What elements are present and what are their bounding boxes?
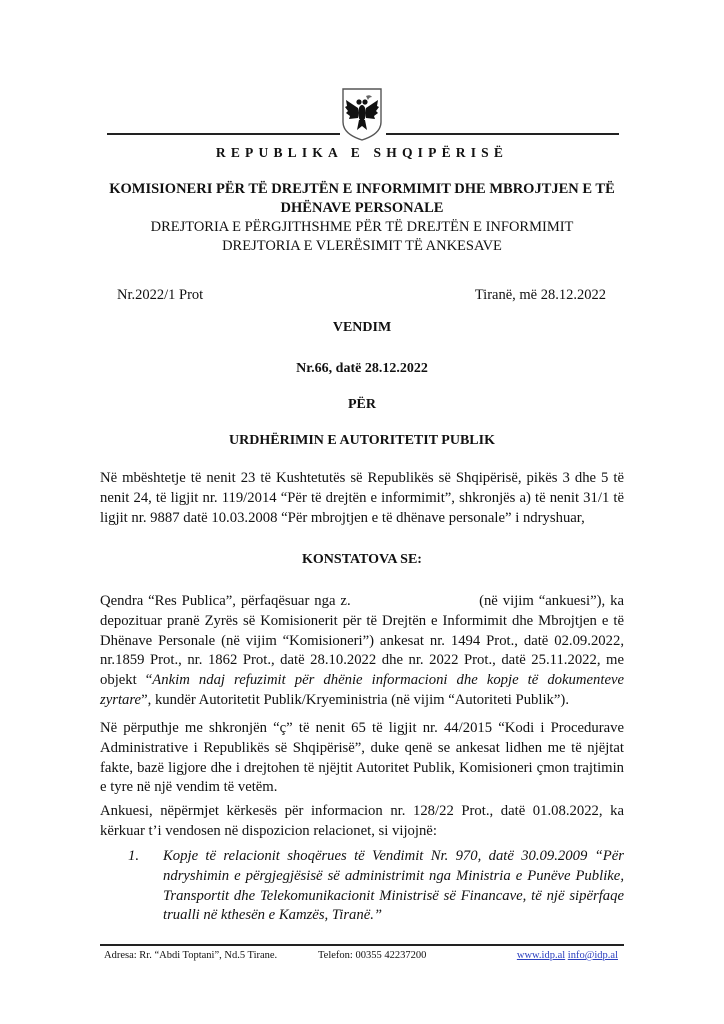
footer-rule (100, 944, 624, 946)
header-rule-right (386, 133, 619, 135)
decision-subject: URDHËRIMIN E AUTORITETIT PUBLIK (0, 433, 724, 449)
footer-address: Adresa: Rr. “Abdi Toptani”, Nd.5 Tirane. (104, 950, 277, 961)
legal-basis-paragraph: Në mbështetje të nenit 23 të Kushtetutës… (100, 469, 624, 528)
list-item: Kopje të relacionit shoqërues të Vendimi… (163, 847, 624, 926)
email-link[interactable]: info@idp.al (568, 950, 618, 961)
section-heading: KONSTATOVA SE: (0, 552, 724, 568)
directorate: DREJTORIA E VLERËSIMIT TË ANKESAVE (0, 237, 724, 256)
header-rule-left (107, 133, 340, 135)
protocol-number: Nr.2022/1 Prot (117, 287, 203, 304)
footer-links: www.idp.al info@idp.al (517, 950, 618, 961)
complaint-paragraph: Qendra “Res Publica”, përfaqësuar nga z.… (100, 592, 624, 711)
albanian-coat-of-arms-icon (340, 86, 384, 142)
request-paragraph: Ankuesi, nëpërmjet kërkesës për informac… (100, 802, 624, 842)
list-item-number: 1. (128, 847, 139, 867)
directorate-general: DREJTORIA E PËRGJITHSHME PËR TË DREJTËN … (0, 218, 724, 237)
document-type: VENDIM (0, 320, 724, 336)
country-name: REPUBLIKA E SHQIPËRISË (0, 145, 724, 161)
decision-for: PËR (0, 397, 724, 413)
requested-items-list: 1. Kopje të relacionit shoqërues të Vend… (128, 847, 624, 926)
institution-name: KOMISIONERI PËR TË DREJTËN E INFORMIMIT … (100, 180, 624, 218)
footer-phone: Telefon: 00355 42237200 (318, 950, 426, 961)
complaint-text-end: ”, kundër Autoritetit Publik/Kryeministr… (141, 692, 569, 708)
procedure-paragraph: Në përputhje me shkronjën “ç” të nenit 6… (100, 719, 624, 798)
decision-number: Nr.66, datë 28.12.2022 (0, 361, 724, 377)
website-link[interactable]: www.idp.al (517, 950, 565, 961)
place-date: Tiranë, më 28.12.2022 (475, 287, 606, 304)
